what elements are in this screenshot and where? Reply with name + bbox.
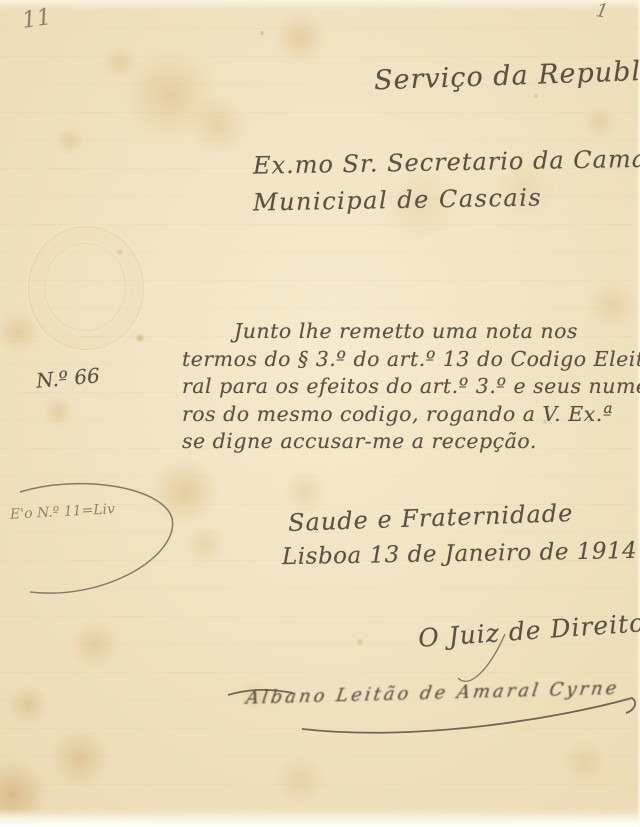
- body-line: Junto lhe remetto uma nota nos: [182, 318, 640, 346]
- signature: Albano Leitão de Amaral Cyrne: [244, 678, 620, 709]
- closing-salutation: Saude e Fraternidade: [288, 499, 574, 537]
- header-servico-da-republica: Serviço da Republica: [374, 55, 640, 97]
- body-line: ral para os efeitos do art.º 3.º e seus …: [182, 373, 640, 401]
- body-line: ros do mesmo codigo, rogando a V. Ex.ª: [182, 401, 640, 429]
- reference-number: N.º 66: [35, 363, 101, 392]
- margin-note: E'o N.º 11=Liv: [10, 501, 116, 522]
- embossed-seal-inner-ring: [44, 243, 126, 331]
- folio-number-top-left: 11: [20, 4, 53, 34]
- body-line: se digne accusar-me a recepção.: [182, 428, 640, 456]
- signer-title: O Juiz de Direito: [417, 608, 640, 653]
- addressee-line-1: Ex.mo Sr. Secretario da Camara: [253, 144, 640, 179]
- paper-edge-top: [0, 0, 640, 10]
- closing-place-date: Lisboa 13 de Janeiro de 1914: [282, 538, 638, 570]
- margin-paraph-flourish: [20, 484, 173, 594]
- embossed-seal: [28, 226, 144, 350]
- letter-document-scan: 11 1 Serviço da Republica Ex.mo Sr. Secr…: [0, 0, 640, 827]
- folio-number-top-right: 1: [594, 0, 610, 23]
- body-line: termos do § 3.º do art.º 13 do Codigo El…: [182, 346, 640, 374]
- letter-body: Junto lhe remetto uma nota nos termos do…: [182, 318, 640, 456]
- paper-edge-bottom: [0, 809, 640, 827]
- addressee-line-2: Municipal de Cascais: [253, 183, 543, 216]
